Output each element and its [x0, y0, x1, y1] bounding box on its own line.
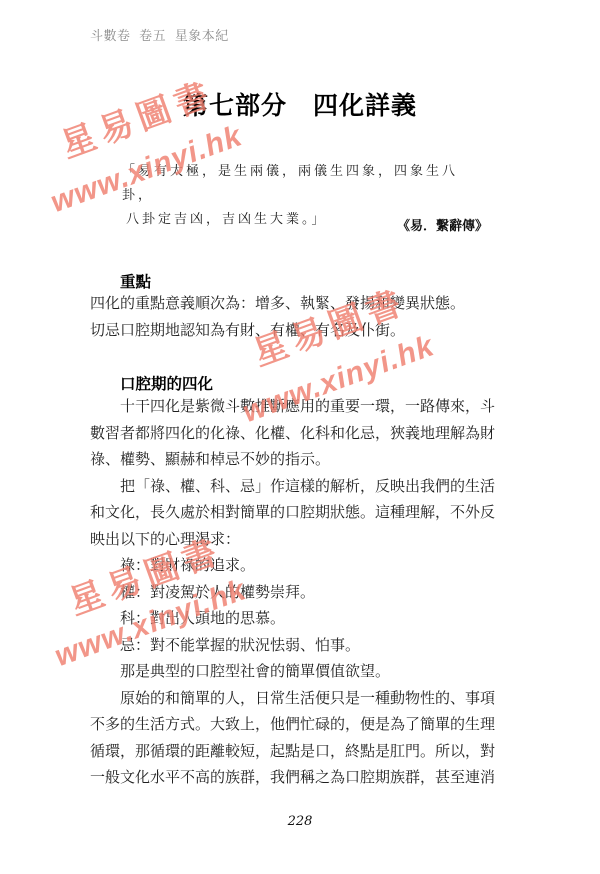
text-line: 四化的重點意義順次為：增多、執緊、發揚和變異狀態。	[90, 290, 510, 317]
running-header: 斗數卷 卷五 星象本紀	[90, 25, 229, 44]
chapter-title: 第七部分四化詳義	[0, 86, 600, 122]
text-line: 切忌口腔期地認知為有財、有權、有名及仆街。	[90, 317, 510, 344]
section-body-key-points: 四化的重點意義順次為：增多、執緊、發揚和變異狀態。 切忌口腔期地認知為有財、有權…	[90, 290, 510, 343]
chapter-name: 四化詳義	[313, 91, 417, 120]
text-line: 一般文化水平不高的族群，我們稱之為口腔期族群，甚至連消	[90, 764, 510, 791]
text-line: 祿、權勢、顯赫和棹忌不妙的指示。	[90, 446, 510, 473]
text-line: 數習者都將四化的化祿、化權、化科和化忌，狹義地理解為財	[90, 420, 510, 447]
text-line: 那是典型的口腔型社會的簡單價值欲望。	[90, 658, 510, 685]
text-line: 把「祿、權、科、忌」作這樣的解析，反映出我們的生活	[90, 473, 510, 500]
text-line: 循環，那循環的距離較短，起點是口，終點是肛門。所以，對	[90, 738, 510, 765]
section-heading-key-points: 重點	[120, 270, 151, 292]
list-item-ke: 科：對出人頭地的思慕。	[90, 605, 510, 632]
page-number: 228	[0, 814, 600, 829]
text-line: 原始的和簡單的人，日常生活便只是一種動物性的、事項	[90, 685, 510, 712]
chapter-part: 第七部分	[183, 91, 287, 120]
epigraph-line-1: 「易有太極，是生兩儀，兩儀生四象，四象生八卦，	[122, 160, 482, 208]
text-line: 和文化，長久處於相對簡單的口腔期狀態。這種理解，不外反	[90, 499, 510, 526]
list-item-lu: 祿：對財祿的追求。	[90, 552, 510, 579]
text-line: 不多的生活方式。大致上，他們忙碌的，便是為了簡單的生理	[90, 711, 510, 738]
list-item-ji: 忌：對不能掌握的狀況怯弱、怕事。	[90, 632, 510, 659]
text-line: 映出以下的心理渴求：	[90, 526, 510, 553]
text-line: 十干四化是紫微斗數推斷應用的重要一環，一路傳來，斗	[90, 393, 510, 420]
list-item-quan: 權：對凌駕於人的權勢崇拜。	[90, 579, 510, 606]
section-heading-oral-stage: 口腔期的四化	[120, 372, 213, 394]
section-body-oral-stage: 十干四化是紫微斗數推斷應用的重要一環，一路傳來，斗 數習者都將四化的化祿、化權、…	[90, 393, 510, 791]
epigraph-source: 《易．繫辭傳》	[397, 215, 488, 234]
